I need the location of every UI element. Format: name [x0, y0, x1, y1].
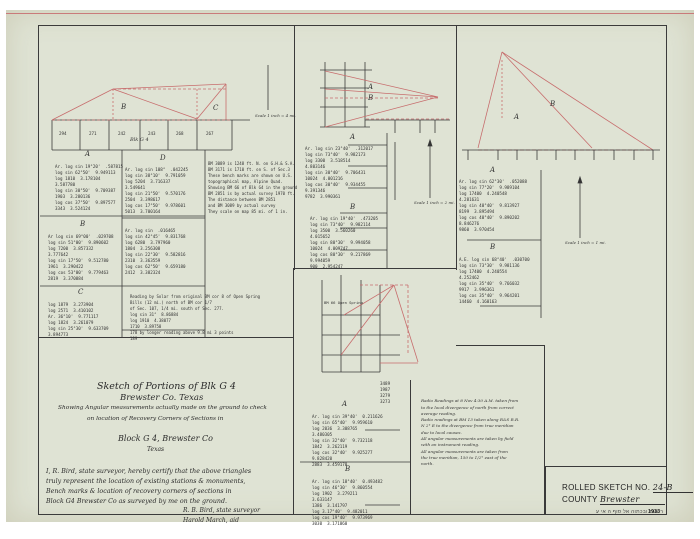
map-block-line: Block G 4, Brewster Co — [118, 434, 213, 443]
calc-line: 3.480305 — [312, 432, 332, 437]
calc-line: log sin 46°30' 9.860554 — [312, 485, 373, 490]
calc-header-a-left: A — [85, 150, 90, 158]
calc-line: 14460 4.160163 — [459, 299, 497, 304]
calc-line: 2819 3.370884 — [48, 276, 83, 281]
calc-line: Ar. log sin 108° .042245 — [125, 167, 188, 172]
calc-line: log sin 21°50' 9.570176 — [125, 191, 186, 196]
note-line: the true meridian, 150 to 1/2° east of t… — [421, 455, 507, 460]
bench-mark-notes: BM 3089 is 1248 ft. N. on G.H.& S.A. BM … — [208, 155, 297, 215]
county-value: Brewster — [600, 495, 665, 505]
calc-line: log sin 80°30' 9.994058 — [310, 240, 371, 245]
certification-line-3: Bench marks & location of recovery corne… — [46, 488, 232, 495]
triangle-label-c-top-left: C — [213, 104, 218, 112]
grid-value: 1987 — [380, 387, 390, 392]
calc-c-left: log 1879 3.273904 log 2571 3.410102 Ar. … — [48, 296, 109, 338]
calc-line: log 1810 3.178104 — [55, 176, 100, 181]
calc-line: Ar. log sin 19°40' .473205 — [310, 216, 378, 221]
triangle-label-b-mid: B — [368, 94, 373, 102]
note-line: BM 3171 is 1710 ft. on S. of Sec.3 — [208, 167, 290, 172]
calc-b-right: A.E. log sin 68°40' .030700 log sin 73°3… — [459, 251, 530, 305]
calc-line: log 1902 3.279211 — [312, 491, 357, 496]
calc-line: 1961 3.290422 — [48, 264, 83, 269]
county-stamp: COUNTY Brewster — [562, 495, 665, 505]
note-line: due to local causes. — [421, 430, 462, 435]
note-line: BM 2851 is by actual survey 1970 ft. — [208, 191, 295, 196]
calc-line: 900 2.954247 — [310, 264, 343, 269]
calc-a-mid: Ar. log sin 23°40' .312017 log sin 73°40… — [305, 140, 373, 200]
calc-b-bottom: Ar. log sin 18°40' 0.493482 log sin 46°3… — [312, 473, 383, 527]
calc-line: log cos 53°00' 9.779463 — [48, 270, 109, 275]
calc-line: log 5204 3.716337 — [125, 179, 170, 184]
note-line: Bills (12 mi.) north of BM cor 1/7 — [130, 300, 212, 305]
note-line: log 1910 4.38077 — [130, 318, 171, 323]
calc-line: log 3.17°40' 9.482011 — [312, 509, 367, 514]
triangle-label-b-right: B — [550, 100, 555, 108]
calc-line: 10024 4.009747 — [310, 246, 348, 251]
calc-line: 2412 3.382324 — [125, 270, 160, 275]
calc-line: 3343 3.524124 — [55, 206, 90, 211]
grid-value: 3489 — [380, 381, 390, 386]
calc-line: Ar. 36°10' 9.771117 — [48, 314, 98, 319]
note-line: 189 — [130, 336, 137, 341]
map-subtitle: Brewster Co. Texas — [120, 393, 203, 403]
calc-line: log cos 37°50' 9.897577 — [55, 200, 116, 205]
calc-line: 3030 3.171060 — [312, 521, 347, 526]
note-line: Radio Readings at 8 Nov 4:30 A.M. taken … — [421, 398, 518, 403]
calc-a-right: Ar. log sin 62°30' .052088 log sin 77°20… — [459, 173, 527, 233]
calc-b-left: Ar log sin 69°00' .029708 log sin 51°00'… — [48, 228, 114, 282]
calc-line: log 1824 3.261079 — [48, 320, 93, 325]
calc-line: 1903 3.280136 — [55, 194, 90, 199]
section-294: 294 — [59, 131, 67, 137]
triangle-label-b-bottom: B — [345, 465, 350, 473]
calc-line: 9860 3.970454 — [459, 227, 494, 232]
calc-line: 4.252462 — [459, 275, 479, 280]
calc-line: 4.015652 — [310, 234, 330, 239]
map-state-line: Texas — [147, 446, 164, 453]
calc-line: 9917 3.996361 — [459, 287, 494, 292]
calc-line: Ar. log sin .016465 — [125, 228, 175, 233]
calc-line: log 3300 3.518514 — [305, 158, 350, 163]
section-242: 242 — [118, 131, 126, 137]
calc-b-mid: Ar. log sin 19°40' .473205 log sin 73°40… — [310, 210, 378, 270]
section-243: 243 — [148, 131, 156, 137]
note-line: average reading. — [421, 411, 456, 416]
certification-line-1: I, R. Bird, state surveyor, hereby certi… — [46, 468, 251, 475]
note-line: These bench marks are shown on U.S. — [208, 173, 292, 178]
calc-line: log sin 42°45' 9.831768 — [125, 234, 186, 239]
calc-line: 3.777642 — [48, 252, 68, 257]
calc-line: log cos 80°30' 9.217869 — [310, 252, 371, 257]
calc-line: log cos 30°40' 9.934455 — [305, 182, 366, 187]
grid-value: 3273 — [380, 399, 390, 404]
note-line: north. — [421, 461, 434, 466]
section-267: 267 — [206, 131, 214, 137]
note-line: Showing BM 66 of Blk G4 in the ground — [208, 185, 297, 190]
rolled-sketch-number: 24-B — [653, 483, 693, 493]
calc-line: log sin 30°50' 9.709387 — [55, 188, 116, 193]
calc-line: log cos 62°50' 9.659180 — [125, 264, 186, 269]
calc-line: log 6280 3.797960 — [125, 240, 170, 245]
note-line: N 2° E to the divergence from true merid… — [421, 423, 514, 428]
calc-line: log sin 40°40' 9.813927 — [459, 203, 520, 208]
calc-line: 4.803146 — [305, 164, 325, 169]
scale-label-top-left: Scale 1 inch = 4 mi. — [255, 113, 296, 118]
note-line: All angular measurements are taken by fi… — [421, 436, 513, 441]
signature-aid: Harold March, aid — [183, 517, 239, 524]
county-label: COUNTY — [562, 495, 597, 504]
calc-a-left: Ar. log sin 19°20' .587815 log sin 62°50… — [55, 158, 123, 212]
note-line: Reading by Solar from original BM cor 8 … — [130, 294, 260, 299]
calc-line: A.E. log sin 68°40' .030700 — [459, 257, 530, 262]
calc-line: 3.549641 — [125, 185, 145, 190]
note-line: Radio readings at BM 13 taken along R&S … — [421, 417, 519, 422]
calc-line: log sin 73°40' 9.982114 — [310, 222, 371, 227]
calc-header-b-left: B — [80, 220, 85, 228]
section-271: 271 — [89, 131, 97, 137]
calc-line: 2310 3.363559 — [125, 258, 160, 263]
calc-line: 1386 3.141797 — [312, 503, 347, 508]
calc-line: Ar log sin 69°00' .029708 — [48, 234, 114, 239]
grid-label-bm66: BM 66 Open Spring — [324, 300, 363, 306]
calc-line: 9.994059 — [310, 258, 330, 263]
calc-line: Ar. log sin 23°40' .312017 — [305, 146, 373, 151]
triangle-label-a-mid: A — [368, 83, 373, 91]
note-line: to the local divergence of north from co… — [421, 405, 514, 410]
calc-line: 10024 4.001216 — [305, 176, 343, 181]
block-label-top-left: Blk G 4 — [130, 137, 149, 143]
calc-line: log sin 17°50' 9.512780 — [48, 258, 109, 263]
calc-line: 2883 3.459178 — [312, 462, 347, 467]
calc-line: 8.846276 — [459, 221, 479, 226]
calc-line: 2504 3.398617 — [125, 197, 160, 202]
section-268: 268 — [176, 131, 184, 137]
calc-line: log cos 17°50' 9.978601 — [125, 203, 186, 208]
calc-header-c-left: C — [78, 288, 83, 296]
calc-line: log 2036 3.308765 — [312, 426, 357, 431]
calc-d-m-left: Ar. log sin .016465 log sin 42°45' 9.831… — [125, 222, 186, 276]
scale-label-top-right: Scale 1 inch = 1 mi. — [565, 240, 606, 245]
map-description-1: Showing Angular measurements actually ma… — [58, 405, 267, 411]
calc-line: log sin 51°00' 9.890602 — [48, 240, 109, 245]
calc-line: 3.587780 — [55, 182, 75, 187]
map-title: Sketch of Portions of Blk G 4 — [97, 381, 236, 392]
calc-line: log sin 38°10' 9.791059 — [125, 173, 186, 178]
calc-line: log 2571 3.410102 — [48, 308, 93, 313]
calc-line: log sin 32°40' 9.732118 — [312, 438, 373, 443]
calc-line: log cos 32°40' 9.925277 — [312, 450, 373, 455]
grid-value: 3279 — [380, 393, 390, 398]
calc-line: log sin 30°40' 9.706431 — [305, 170, 366, 175]
calc-line: 4.281631 — [459, 197, 479, 202]
note-line: topographical map, Alpine Quad. — [208, 179, 283, 184]
grid-values: 3489 1987 3279 3273 — [380, 375, 390, 405]
note-line: The distance between BM 2851 — [208, 197, 275, 202]
calc-line: Ar. log sin 19°20' .587815 — [55, 164, 123, 169]
scale-label-top-middle: Scale 1 inch = 2 mi. — [414, 200, 455, 205]
calc-line: log sin 73°30' 9.981136 — [459, 263, 520, 268]
calc-line: log sin 73°40' 9.982173 — [305, 152, 366, 157]
triangle-label-b-top-left: B — [121, 103, 126, 111]
calc-line: log sin 35°40' 9.766032 — [459, 281, 520, 286]
triangle-label-a-right: A — [514, 113, 519, 121]
calc-line: log cos 40°40' 9.890202 — [459, 215, 520, 220]
note-line: log sin 31° 8.86884 — [130, 312, 178, 317]
calc-line: 9.391346 — [305, 188, 325, 193]
signature: R. B. Bird, state surveyor — [183, 507, 260, 514]
calc-line: log cos 35°40' 9.964201 — [459, 293, 520, 298]
certification-line-4: Block G4 Brewster Co as surveyed by me o… — [46, 498, 227, 505]
note-line: and BM 3089 by actual survey — [208, 203, 275, 208]
triangle-label-a-bottom: A — [342, 400, 347, 408]
calc-line: 3.633147 — [312, 497, 332, 502]
calc-line: log sin 65°40' 9.959610 — [312, 420, 373, 425]
calc-line: log sin 22°30' 9.582816 — [125, 252, 186, 257]
note-line: BM 3089 is 1248 ft. N. on G.H.& S.A. — [208, 161, 295, 166]
calc-line: 5013 3.700164 — [125, 209, 160, 214]
calc-line: log cos 19°40' 9.973969 — [312, 515, 373, 520]
calc-d-left: Ar. log sin 108° .042245 log sin 38°10' … — [125, 161, 188, 215]
calc-line: 1842 3.262119 — [312, 444, 347, 449]
rolled-sketch-stamp: ROLLED SKETCH NO. 24-B — [562, 483, 693, 493]
calc-line: 1804 3.256308 — [125, 246, 160, 251]
calc-line: 3.894773 — [48, 332, 68, 337]
map-description-2: on location of Recovery Corners of Secti… — [87, 416, 223, 422]
calc-line: log 1879 3.273904 — [48, 302, 93, 307]
footer-code: 1933 — [648, 509, 660, 515]
field-notes: Radio Readings at 8 Nov 4:30 A.M. taken … — [421, 392, 519, 468]
calc-line: log sin 25°30' 9.633709 — [48, 326, 109, 331]
calc-line: 8199 3.895494 — [459, 209, 494, 214]
rolled-sketch-label: ROLLED SKETCH NO. — [562, 483, 650, 492]
calc-line: log 17400 4.240548 — [459, 191, 507, 196]
calc-line: Ar. log sin 18°40' 0.493482 — [312, 479, 383, 484]
calc-line: log 7200 3.857332 — [48, 246, 93, 251]
calc-line: 9.828420 — [312, 456, 332, 461]
note-line: All angular measurements are taken from — [421, 449, 508, 454]
certification-line-2: truly represent the location of existing… — [46, 478, 245, 485]
calc-line: log 3500 3.560260 — [310, 228, 355, 233]
note-line: with an instrument reading. — [421, 442, 479, 447]
calc-header-b-right: B — [490, 243, 495, 251]
note-line: 178 by longer reading above 9.8 mi 3 poi… — [130, 330, 234, 335]
calc-line: Ar. log sin 39°40' 0.211626 — [312, 414, 383, 419]
calc-line: 9782 3.990361 — [305, 194, 340, 199]
calc-line: log sin 62°50' 9.949113 — [55, 170, 116, 175]
calc-a-bottom: Ar. log sin 39°40' 0.211626 log sin 65°4… — [312, 408, 383, 468]
calc-line: Ar. log sin 62°30' .052088 — [459, 179, 527, 184]
note-line: 1710 3.89758 — [130, 324, 161, 329]
reading-notes: Reading by Solar from original BM cor 8 … — [130, 288, 260, 342]
calc-line: log 17400 4.240554 — [459, 269, 507, 274]
calc-line: log sin 77°20' 9.989104 — [459, 185, 520, 190]
note-line: They scale on map 85 mi. of 1 in. — [208, 209, 287, 214]
note-line: of Sec. 107, 1/4 mi. south of Sec. 277. — [130, 306, 224, 311]
